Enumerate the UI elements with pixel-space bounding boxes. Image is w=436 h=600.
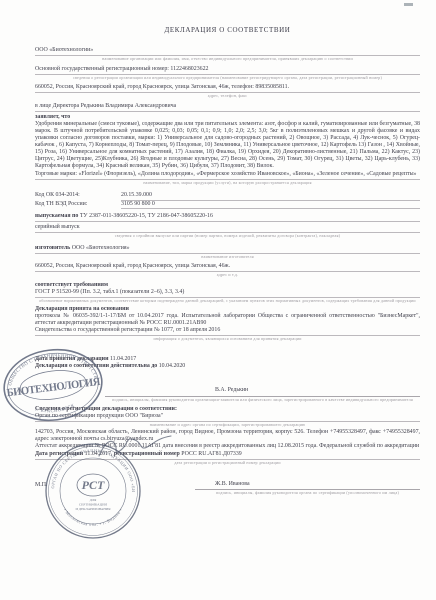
cert-body-field: Орган по сертификации продукции ООО "Бир… <box>35 413 420 422</box>
form-caption: подпись, инициалы, фамилия руководителя … <box>195 491 420 496</box>
gost-line: ГОСТ Р 51520-99 (Пп. 3.2, табл.1 (показа… <box>35 289 184 295</box>
manufacturer-label: изготовитель <box>35 245 70 251</box>
adoption-label: Дата принятия декларации <box>35 356 108 362</box>
round-stamp-rim-bottom-text: • Московская обл. • г. Видное • <box>63 507 124 527</box>
svg-text:• Московская обл. • г. Видное: • Московская обл. • г. Видное • <box>63 507 124 527</box>
gost-field: ГОСТ Р 51520-99 (Пп. 3.2, табл.1 (показа… <box>35 289 420 298</box>
cert-attestation-text: Аттестат аккредитации № РОСС RU.0001.11А… <box>35 443 420 450</box>
signature2-row: М.П. Ж.В. Иванова <box>35 481 420 490</box>
round-stamp-sub1: ДЛЯ <box>90 498 98 502</box>
code-tnved-row: Код ТН ВЭД России: 3105 90 800 0 <box>35 201 420 209</box>
adoption-date: 11.04.2017 <box>110 356 136 362</box>
valid-until-line: Декларация о соответствии действительна … <box>35 363 420 371</box>
form-caption: подпись, инициалы, фамилия руководителя … <box>105 398 420 403</box>
form-caption: наименование и адрес органа по сертифика… <box>35 423 420 428</box>
code-ok-value: 20.15.39.000 <box>121 192 420 200</box>
code-tnved-label: Код ТН ВЭД России: <box>35 201 121 209</box>
registration-date-value: 11.04.2017, <box>85 451 113 457</box>
form-caption: адрес, телефон, факс <box>35 94 420 99</box>
issued-field: выпускаемая по ТУ 2387-011-38605220-15, … <box>35 213 420 222</box>
director-line: в лице Директора Редькина Владимира Алек… <box>35 103 176 109</box>
trademarks-field: Торговые марки: «Florizel» (Флоризель), … <box>35 171 420 180</box>
registration-number-value: РОСС RU.АГ81.Д07339 <box>181 451 241 457</box>
document-title: ДЕКЛАРАЦИЯ О СООТВЕТСТВИИ <box>35 26 420 34</box>
cert-address-text: 142703, Россия, Московская область, Лени… <box>35 429 420 443</box>
oval-stamp-center-text: БИОТЕХНОЛОГИЯ <box>6 376 101 400</box>
declaration-document: ДЕКЛАРАЦИЯ О СООТВЕТСТВИИ ООО «Биотехнол… <box>0 0 436 600</box>
declarant-name: ООО «Биотехнологии» <box>35 47 93 53</box>
ogrn-line: Основной государственный регистрационный… <box>35 66 208 72</box>
manufacturer-name: ООО «Биотехнология» <box>72 245 130 251</box>
declarant-address: 660052, Россия, Красноярский край, город… <box>35 84 289 90</box>
form-caption: адрес и т.д. <box>35 273 420 278</box>
declarant-address-field: 660052, Россия, Красноярский край, город… <box>35 84 420 93</box>
scan-artifact-mark <box>404 3 413 6</box>
form-caption: наименование изготовителя <box>35 255 420 260</box>
code-tnved-value: 3105 90 800 0 <box>121 201 420 209</box>
signature1-name: В.А. Редькин <box>215 387 248 393</box>
registration-number-label: регистрационный номер <box>114 451 180 457</box>
form-caption: дата регистрации и регистрационный номер… <box>35 461 420 466</box>
form-caption: обозначение нормативных документов, соот… <box>35 299 420 304</box>
registration-number-field: Дата регистрации 11.04.2017, регистрацио… <box>35 451 420 460</box>
round-stamp-sub2: СЕРТИФИКАЦИИ <box>79 503 108 507</box>
basis-doc-field: Свидетельства о государственной регистра… <box>35 327 420 336</box>
basis-doc-line: Свидетельства о государственной регистра… <box>35 327 220 333</box>
manufacturer-address-field: 660052, Россия, Красноярский край, город… <box>35 263 420 272</box>
form-caption: сведения о серийном выпуске или партии (… <box>35 234 420 239</box>
manufacturer-address: 660052, Россия, Красноярский край, город… <box>35 263 230 269</box>
product-description: Удобрения минеральные (смеси туковые), с… <box>35 121 420 171</box>
manufacturer-field: изготовитель ООО «Биотехнология» <box>35 245 420 254</box>
signature1-field: В.А. Редькин <box>105 387 420 397</box>
signature2-field: Ж.В. Иванова <box>195 481 420 490</box>
complies-heading: соответствует требованиям <box>35 282 420 289</box>
form-caption: информация о документах, являющихся осно… <box>35 337 420 342</box>
declares-heading: заявляет, что <box>35 114 420 121</box>
issued-label: выпускаемая по <box>35 213 78 219</box>
round-stamp-sub3: И ДЕКЛАРИРОВАНИЯ <box>75 507 111 511</box>
registration-heading: Сведения о регистрации декларации о соот… <box>35 406 420 413</box>
issued-value: ТУ 2387-011-38605220-15, ТУ 2186-047-386… <box>80 213 213 219</box>
signature2-name: Ж.В. Иванова <box>215 481 250 487</box>
form-caption: наименование организации или фамилия, им… <box>35 57 420 62</box>
mp-label: М.П. <box>35 482 195 490</box>
director-field: в лице Директора Редькина Владимира Алек… <box>35 103 420 112</box>
ogrn-field: Основной государственный регистрационный… <box>35 66 420 75</box>
basis-heading: Декларация принята на основании <box>35 306 420 313</box>
code-ok-label: Код ОК 034-2014: <box>35 192 121 200</box>
serial-line: серийный выпуск <box>35 224 80 230</box>
valid-date: 10.04.2020 <box>159 363 186 369</box>
serial-field: серийный выпуск <box>35 224 420 233</box>
valid-label: Декларация о соответствии действительна … <box>35 363 157 369</box>
code-ok-row: Код ОК 034-2014: 20.15.39.000 <box>35 192 420 200</box>
basis-text: протокола № 06035-392/1-1-17/БМ от 10.04… <box>35 313 420 327</box>
form-caption: сведения о регистрации организации или и… <box>35 76 420 81</box>
trademarks-text: Торговые марки: «Florizel» (Флоризель), … <box>35 171 416 177</box>
declarant-name-field: ООО «Биотехнологии» <box>35 47 420 56</box>
cert-body-line: Орган по сертификации продукции ООО "Бир… <box>35 413 163 419</box>
registration-date-label: Дата регистрации <box>35 451 83 457</box>
form-caption: наименование, тип, марка продукции (услу… <box>35 181 420 186</box>
